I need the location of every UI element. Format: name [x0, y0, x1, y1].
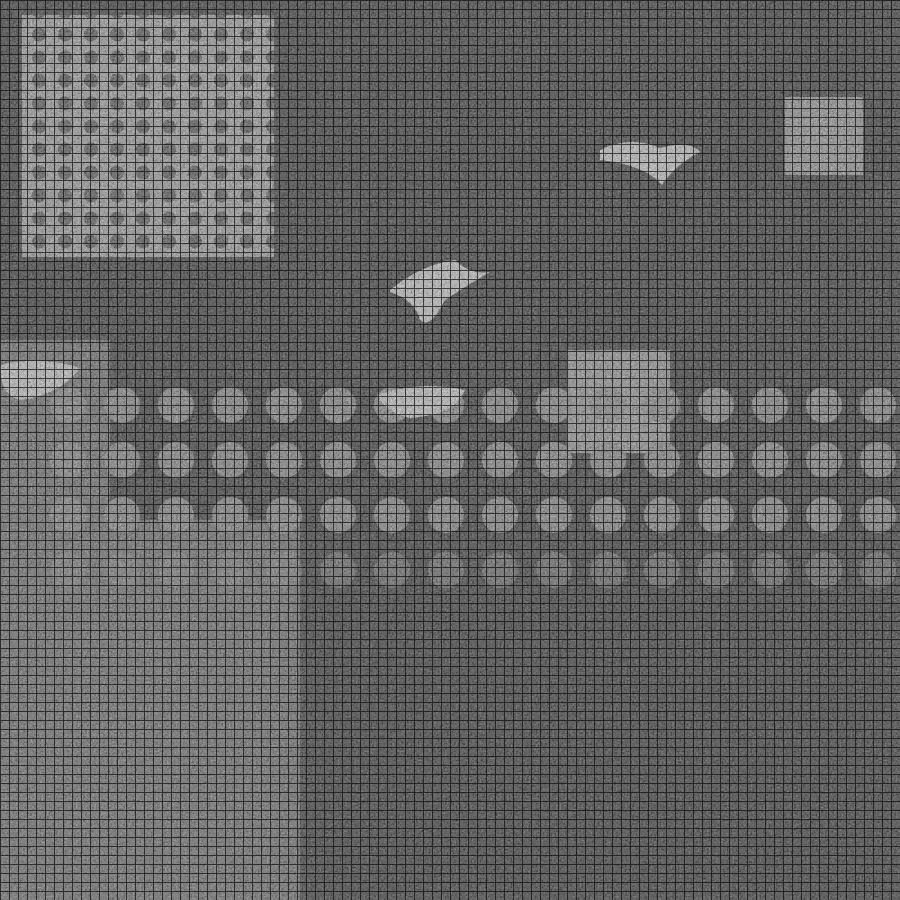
grid-overlay [0, 0, 900, 900]
noise-texture-canvas [0, 0, 900, 900]
